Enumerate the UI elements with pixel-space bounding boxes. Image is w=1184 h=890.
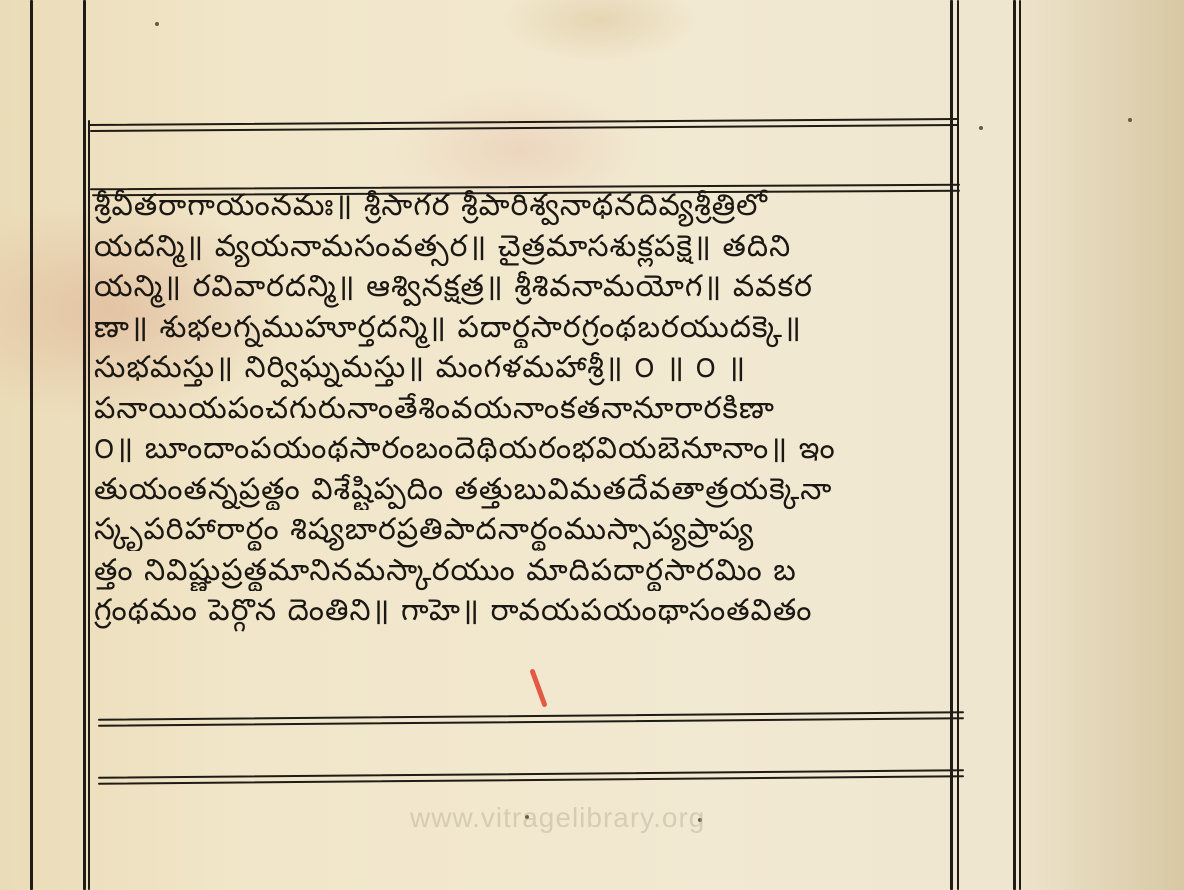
manuscript-line: త్తం నివిష్ణుప్రత్థమానినమస్కారయుం మాదిపద… [94, 551, 964, 592]
manuscript-line: గ్రంథమం పెర్గొన దెంతిని॥ గాహె॥ రావయపయంథా… [94, 591, 964, 632]
paper-speck [979, 126, 983, 130]
manuscript-line: పనాయియపంచగురునాంతేశింవయనాంకతనానూరారకిణా [94, 389, 964, 430]
red-ink-mark [529, 668, 547, 707]
margin-rule-left-outer [30, 0, 33, 890]
manuscript-line: యదన్మి॥ వ్యయనామసంవత్సర॥ చైత్రమాసశుక్లపక్… [94, 227, 964, 268]
margin-rule-left-inner-b [88, 120, 90, 890]
manuscript-page: శ్రీవీతరాగాయంనమః॥ శ్రీసాగర శ్రీపారిశ్వనా… [0, 0, 1184, 890]
manuscript-line: ౦॥ బూందాంపయంథసారంబందెథియరంభవియబెనూనాం॥ ఇ… [94, 429, 964, 470]
paper-speck [155, 22, 159, 26]
margin-rule-far-right-b [1019, 0, 1021, 890]
watermark: www.vitragelibrary.org [410, 802, 705, 834]
manuscript-line: సుభమస్తు॥ నిర్విఘ్నమస్తు॥ మంగళమహాశ్రీ॥ ౦… [94, 348, 964, 389]
manuscript-line: ణా॥ శుభలగ్నముహూర్తదన్మి॥ పదార్థసారగ్రంథబ… [94, 308, 964, 349]
manuscript-line: తుయంతన్నప్రత్థం విశేష్టిప్పదిం తత్తుబువి… [94, 470, 964, 511]
margin-rule-far-right-a [1013, 0, 1016, 890]
manuscript-text: శ్రీవీతరాగాయంనమః॥ శ్రీసాగర శ్రీపారిశ్వనా… [94, 186, 964, 632]
top-rule-2 [90, 124, 958, 132]
manuscript-line: యన్మి॥ రవివారదన్మి॥ ఆశ్వినక్షత్ర॥ శ్రీశి… [94, 267, 964, 308]
margin-rule-left-inner-a [83, 0, 86, 890]
manuscript-line: శ్రీవీతరాగాయంనమః॥ శ్రీసాగర శ్రీపారిశ్వనా… [94, 186, 964, 227]
manuscript-line: స్కృపరిహారార్థం శిష్యబారప్రతిపాదనార్థంము… [94, 510, 964, 551]
paper-speck [1128, 118, 1132, 122]
